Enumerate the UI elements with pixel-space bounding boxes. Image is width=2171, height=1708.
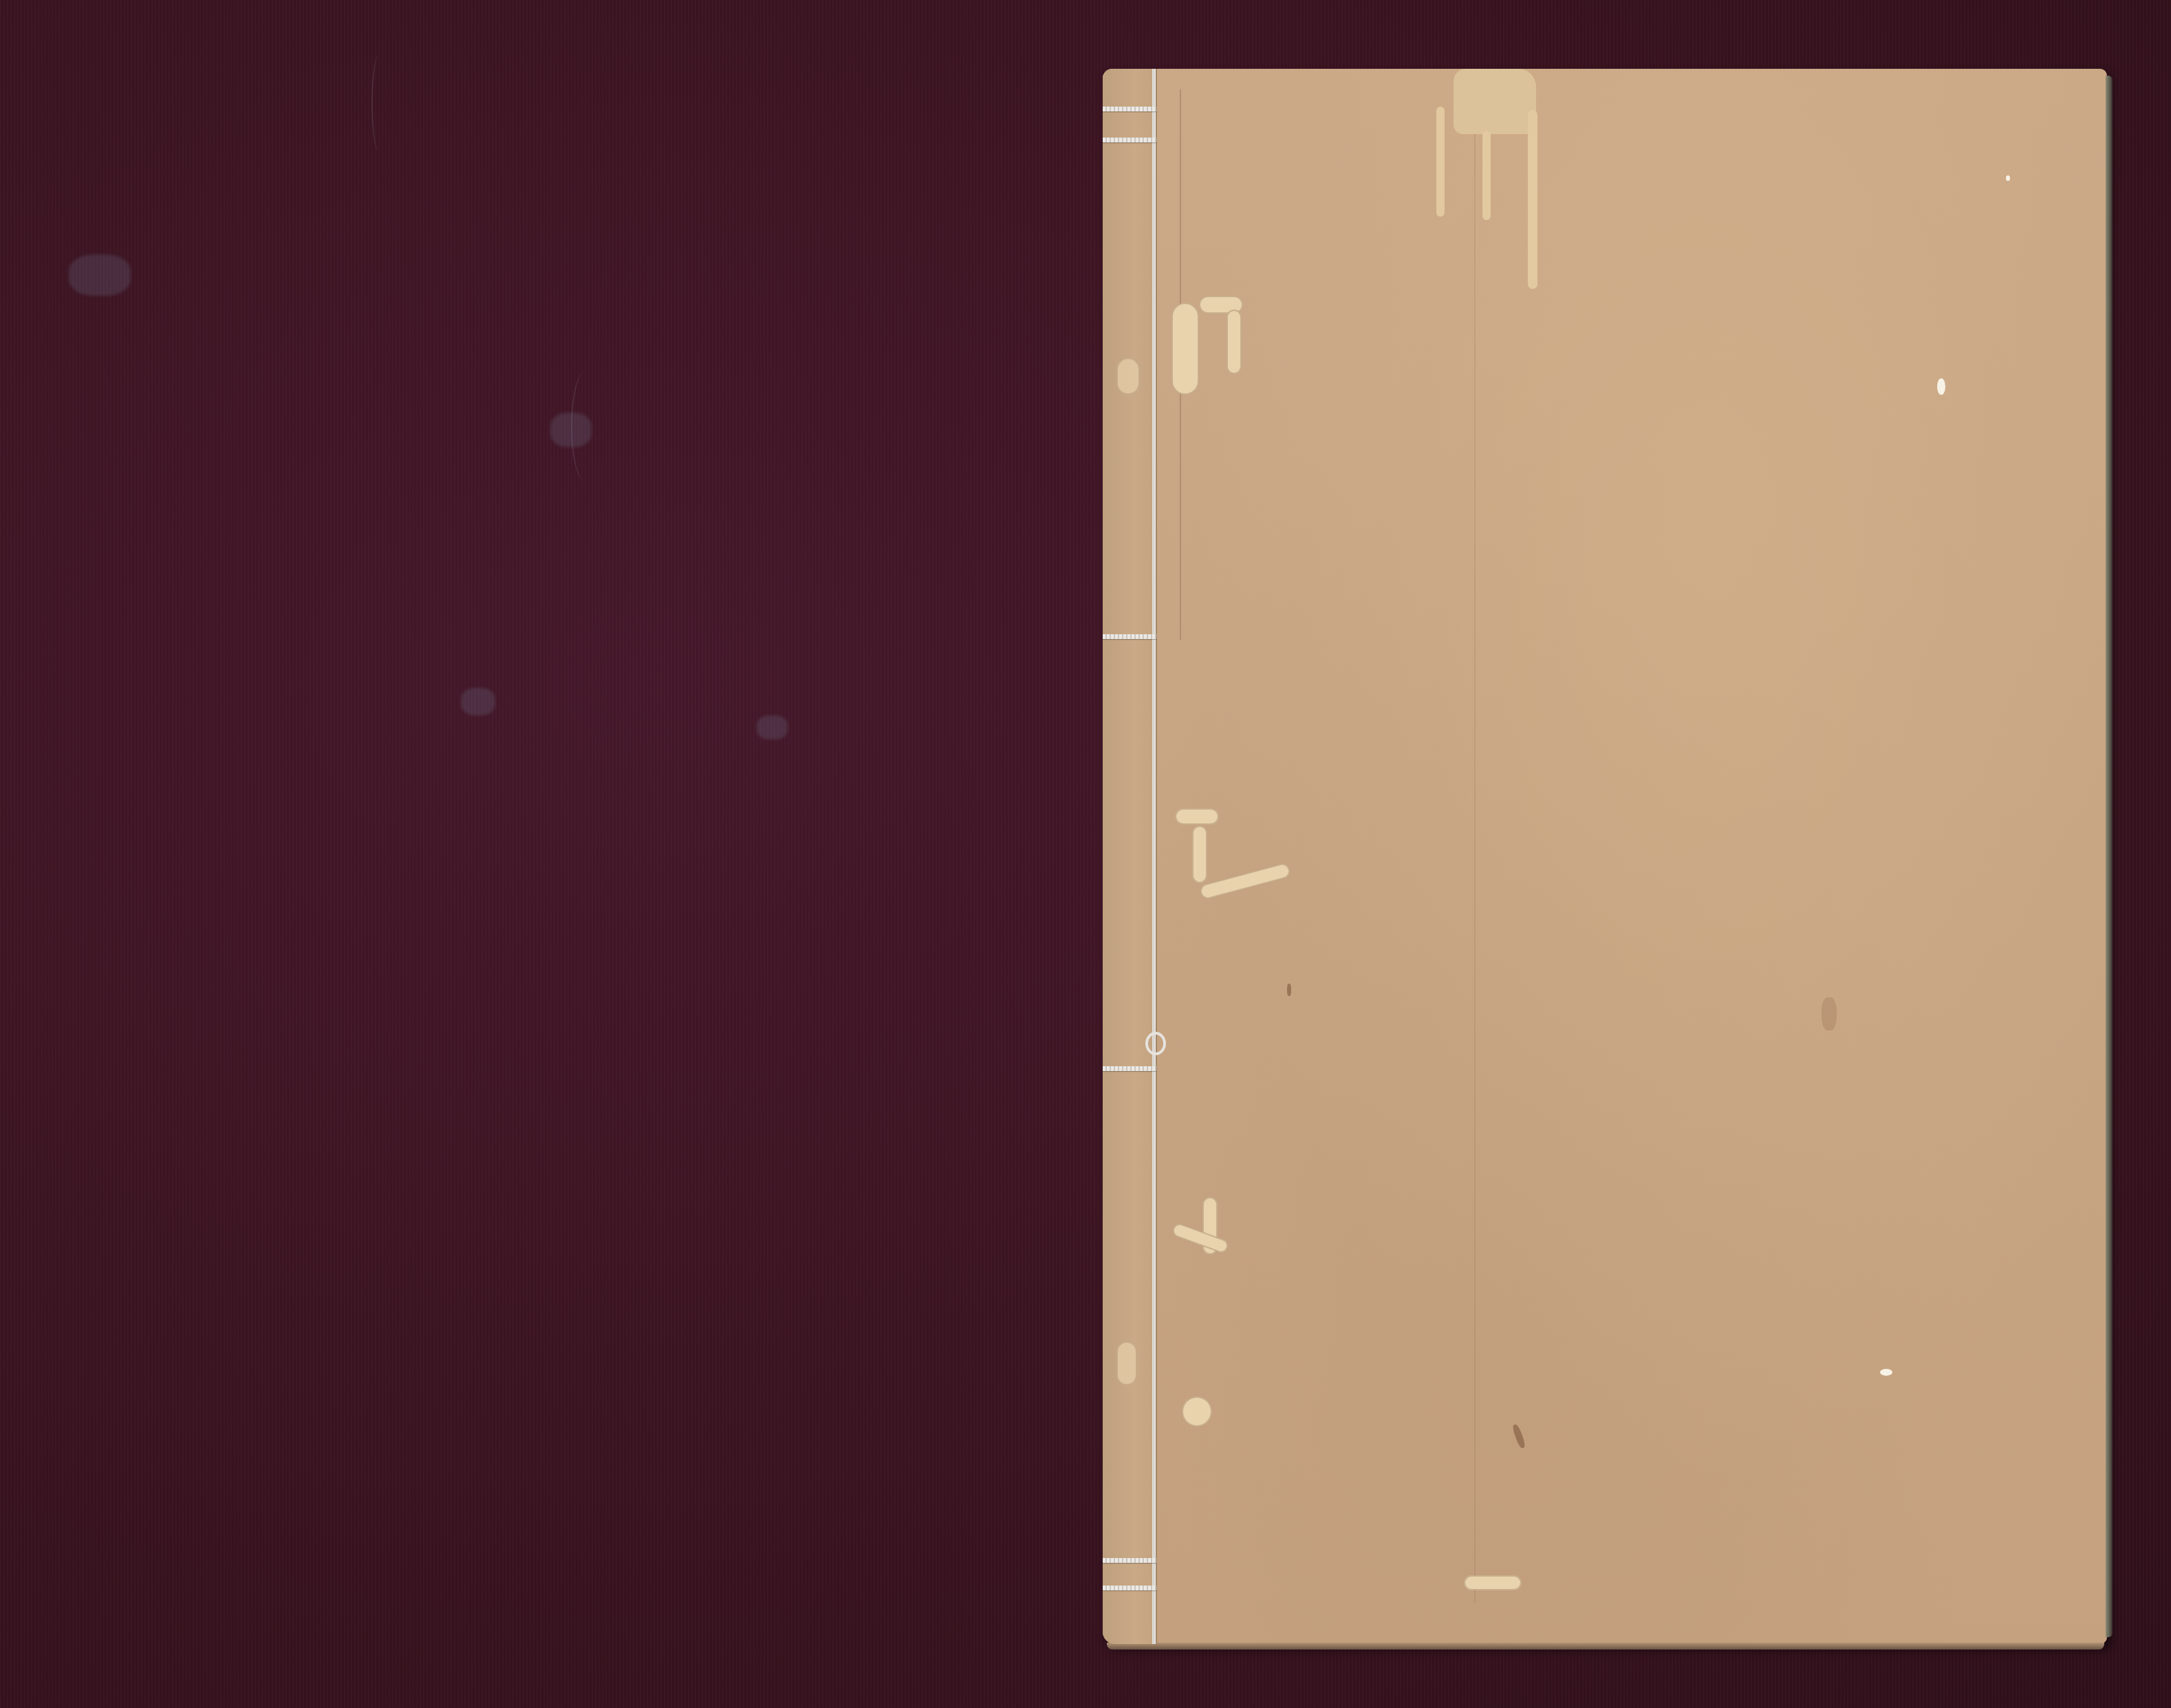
ink-spot bbox=[1511, 1423, 1526, 1449]
paper-hole bbox=[1937, 378, 1945, 395]
binding-thread-knot bbox=[1145, 1032, 1166, 1055]
binding-thread-wrap bbox=[1103, 1066, 1156, 1071]
cover-crease bbox=[1474, 89, 1476, 1603]
worm-damage bbox=[1171, 1222, 1230, 1255]
binding-thread-wrap bbox=[1103, 138, 1156, 142]
worm-damage bbox=[1192, 825, 1207, 883]
binding-thread-wrap bbox=[1103, 1586, 1156, 1590]
book-page-edge-right bbox=[2106, 76, 2113, 1637]
cloth-scratch bbox=[571, 371, 600, 482]
binding-thread-vertical bbox=[1152, 69, 1156, 1644]
worm-damage bbox=[1464, 1575, 1522, 1590]
book-spine-strip bbox=[1103, 69, 1157, 1644]
book-page-edge-bottom bbox=[1107, 1643, 2104, 1650]
worm-damage bbox=[1116, 1341, 1137, 1385]
ink-spot bbox=[1822, 997, 1837, 1030]
worm-damage bbox=[1182, 1396, 1212, 1427]
worm-damage bbox=[1171, 303, 1199, 395]
binding-thread-wrap bbox=[1103, 107, 1156, 111]
paper-hole bbox=[1880, 1369, 1892, 1376]
worm-damage bbox=[1175, 808, 1219, 825]
cloth-lint-mark bbox=[461, 688, 495, 715]
cloth-lint-mark bbox=[69, 255, 131, 296]
cloth-scratch bbox=[371, 55, 387, 151]
worm-damage bbox=[1198, 862, 1291, 900]
water-stain bbox=[1454, 69, 1536, 134]
water-drip-stain bbox=[1528, 110, 1537, 289]
book-cover bbox=[1103, 69, 2107, 1644]
ink-spot bbox=[1287, 984, 1291, 996]
worm-damage bbox=[1227, 310, 1242, 374]
paper-hole bbox=[2006, 175, 2010, 181]
binding-thread-wrap bbox=[1103, 634, 1156, 639]
water-drip-stain bbox=[1482, 131, 1491, 220]
worm-damage bbox=[1116, 358, 1140, 395]
water-drip-stain bbox=[1436, 107, 1445, 217]
photo-scene bbox=[0, 0, 2171, 1708]
cloth-lint-mark bbox=[757, 715, 788, 739]
binding-thread-wrap bbox=[1103, 1558, 1156, 1563]
